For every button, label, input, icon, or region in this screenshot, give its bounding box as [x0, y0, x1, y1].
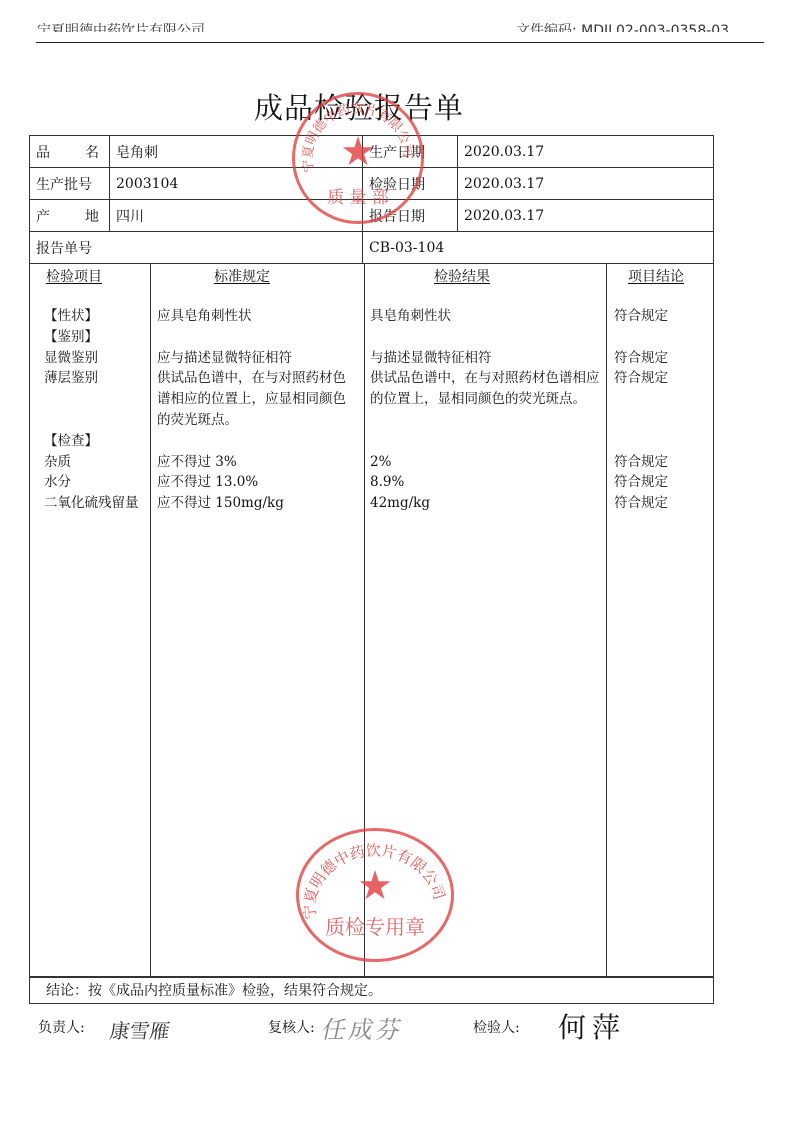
cell-result: 与描述显微特征相符	[370, 348, 602, 369]
cell-item: 杂质	[44, 452, 148, 473]
col-divider	[150, 263, 151, 976]
cell-conclusion: 符合规定	[614, 472, 710, 493]
inspect-date-label: 检验日期	[363, 168, 458, 200]
report-no-value: CB-03-104	[363, 232, 714, 264]
header-rule	[36, 42, 764, 43]
cell-result: 8.9%	[370, 472, 602, 493]
cell-conclusion: 符合规定	[614, 452, 710, 473]
responsible-label: 负责人:	[38, 1017, 85, 1037]
info-row-origin: 产地 四川 报告日期 2020.03.17	[30, 200, 714, 232]
info-table: 品名 皂角刺 生产日期 2020.03.17 生产批号 2003104 检验日期…	[29, 135, 714, 264]
inspect-date-value: 2020.03.17	[458, 168, 714, 200]
product-name-label-1: 品	[36, 142, 50, 162]
origin-value: 四川	[110, 200, 363, 232]
origin-label-2: 地	[85, 206, 99, 226]
cell-result: 供试品色谱中，在与对照药材色谱相应的位置上，显相同颜色的荧光斑点。	[370, 368, 602, 410]
reviewer-label: 复核人:	[268, 1017, 315, 1037]
cell-item: 二氧化硫残留量	[44, 493, 148, 514]
product-name-value: 皂角刺	[110, 136, 363, 168]
header-company: 宁夏明德中药饮片有限公司	[37, 23, 205, 32]
responsible-signature: 康雪雁	[108, 1015, 172, 1044]
page-title: 成品检验报告单	[0, 86, 718, 127]
report-date-label: 报告日期	[363, 200, 458, 232]
info-row-product: 品名 皂角刺 生产日期 2020.03.17	[30, 136, 714, 168]
col-header-result: 检验结果	[434, 266, 490, 286]
conclusion: 结论：按《成品内控质量标准》检验，结果符合规定。	[29, 977, 714, 1004]
cell-standard: 应不得过 13.0%	[157, 472, 357, 493]
cell-item: 【鉴别】	[44, 327, 148, 348]
cell-conclusion: 符合规定	[614, 306, 710, 327]
cell-standard: 应不得过 150mg/kg	[157, 493, 357, 514]
cell-result: 42mg/kg	[370, 493, 602, 514]
origin-label-1: 产	[36, 206, 50, 226]
report-date-value: 2020.03.17	[458, 200, 714, 232]
col-header-item: 检验项目	[46, 266, 102, 286]
product-name-label-2: 名	[85, 142, 99, 162]
prod-date-label: 生产日期	[363, 136, 458, 168]
results-table: 检验项目 标准规定 检验结果 项目结论 【性状】应具皂角刺性状具皂角刺性状符合规…	[29, 263, 714, 977]
cell-item: 水分	[44, 472, 148, 493]
cell-result: 2%	[370, 452, 602, 473]
inspector-signature: 何萍	[558, 1006, 626, 1046]
col-divider	[606, 263, 607, 976]
reviewer-signature: 任成芬	[319, 1010, 407, 1045]
cell-conclusion: 符合规定	[614, 368, 710, 389]
cell-standard: 供试品色谱中，在与对照药材色谱相应的位置上，应显相同颜色的荧光斑点。	[157, 368, 357, 430]
cell-standard: 应与描述显微特征相符	[157, 348, 357, 369]
cell-conclusion: 符合规定	[614, 493, 710, 514]
inspector-label: 检验人:	[473, 1017, 520, 1037]
prod-date-value: 2020.03.17	[458, 136, 714, 168]
info-row-batch: 生产批号 2003104 检验日期 2020.03.17	[30, 168, 714, 200]
col-header-conclusion: 项目结论	[628, 266, 684, 286]
col-header-standard: 标准规定	[214, 266, 270, 286]
info-row-report-no: 报告单号 CB-03-104	[30, 232, 714, 264]
cell-item: 【性状】	[44, 306, 148, 327]
batch-value: 2003104	[110, 168, 363, 200]
col-divider	[364, 263, 365, 976]
report-no-label: 报告单号	[30, 232, 363, 264]
cell-item: 显微鉴别	[44, 348, 148, 369]
cell-standard: 应不得过 3%	[157, 452, 357, 473]
cell-item: 【检查】	[44, 431, 148, 452]
cell-item: 薄层鉴别	[44, 368, 148, 389]
cell-result: 具皂角刺性状	[370, 306, 602, 327]
cell-standard: 应具皂角刺性状	[157, 306, 357, 327]
cell-conclusion: 符合规定	[614, 348, 710, 369]
batch-label: 生产批号	[30, 168, 110, 200]
header-doc-code: 文件编码: MDJL02-003-0358-03	[516, 23, 729, 32]
